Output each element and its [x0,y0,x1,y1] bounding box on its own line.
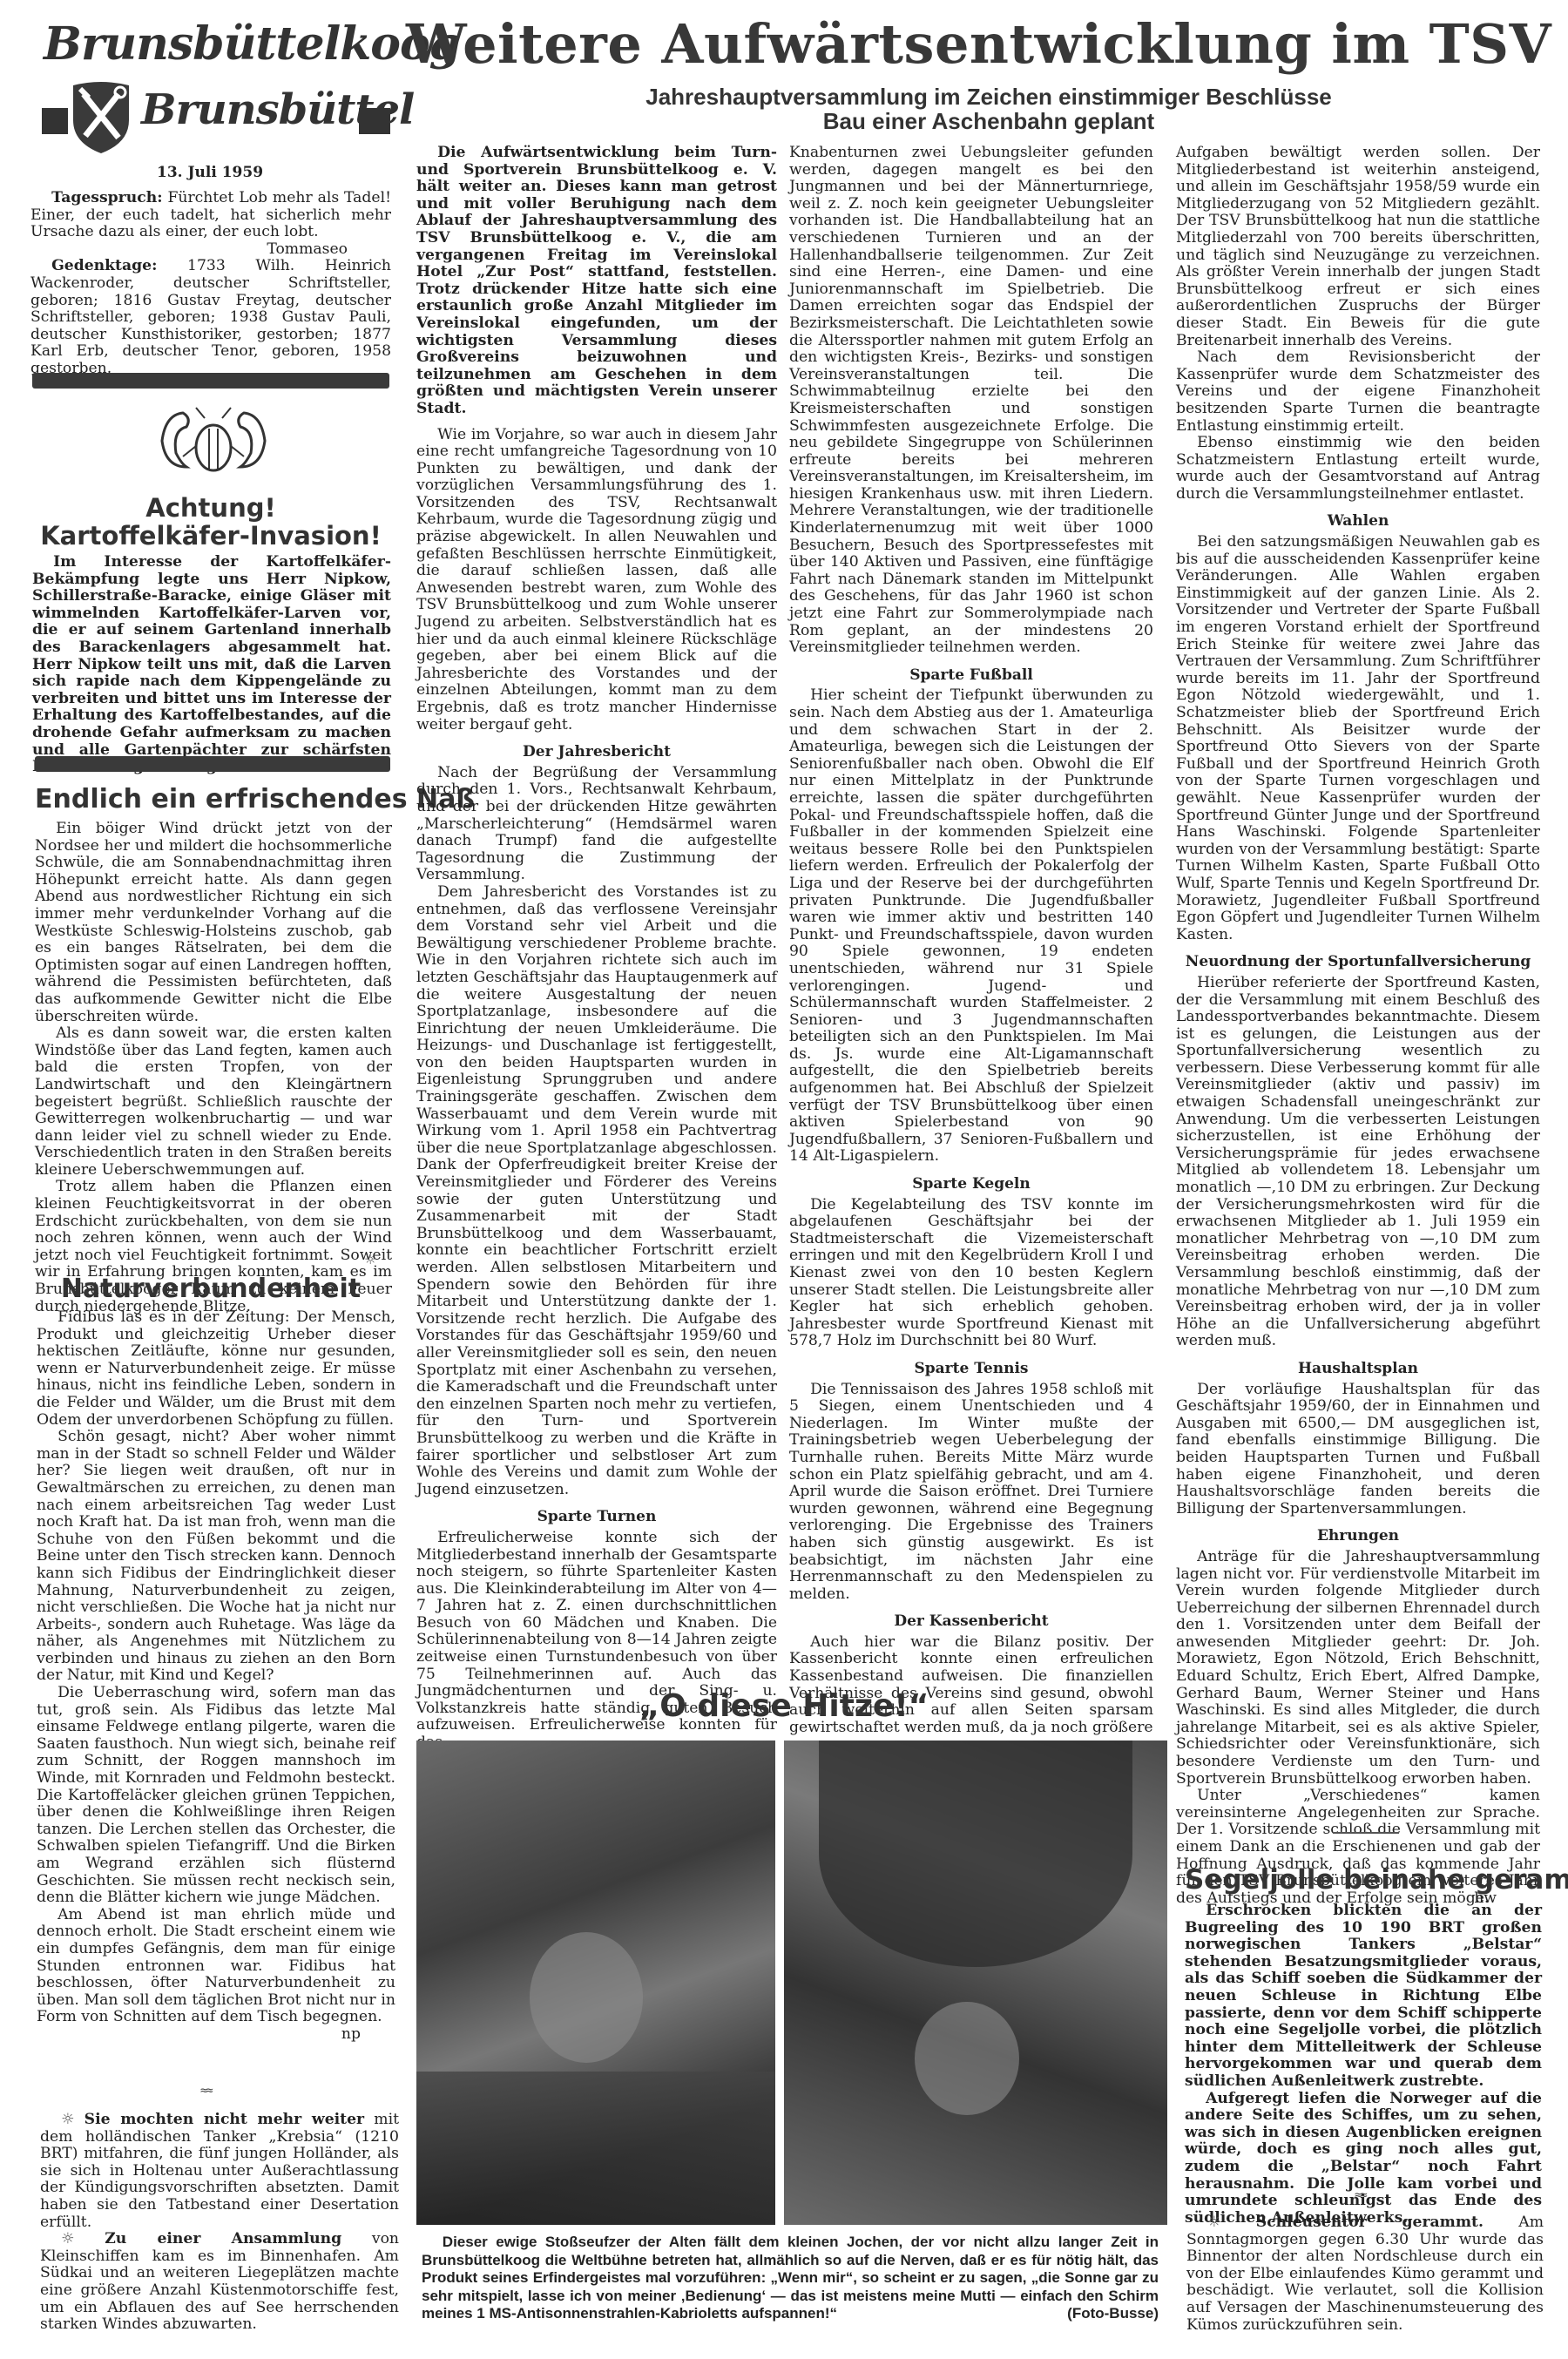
star-icon: ☼ [61,2230,105,2247]
photo-left: photo-child-in-stroller [416,1741,775,2225]
masthead: Brunsbüttelkoog Brunsbüttel [35,17,392,148]
crest-icon [68,80,134,155]
paragraph: Hierüber referierte der Sportfreund Kast… [1176,975,1540,1350]
photo-right: photo-stroller-with-umbrella [784,1741,1167,2225]
section-title: Sparte Kegeln [789,1176,1153,1193]
tagesspruch-author: Tommaseo [30,241,391,259]
nass-headline: Endlich ein erfrischendes Naß [35,784,475,814]
paragraph: Dem Jahresbericht des Vorstandes ist zu … [416,884,777,1498]
paragraph: Die Tennissaison des Jahres 1958 schloß … [789,1382,1153,1604]
section-title: Haushaltsplan [1176,1361,1540,1378]
kaefer-headline2: Kartoffelkäfer-Invasion! [0,521,422,551]
paragraph: Schön gesagt, nicht? Aber woher nimmt ma… [37,1429,395,1685]
section-title: Neuordnung der Sportunfallversicherung [1176,954,1540,971]
paragraph: Nach dem Revisionsbericht der Kassenprüf… [1176,349,1540,435]
signature: np [37,2026,395,2044]
star-icon: ☼ [61,2111,84,2128]
tsv-column-2: Knabenturnen zwei Uebungsleiter gefunden… [789,145,1153,1736]
tsv-intro: Die Aufwärtsentwicklung beim Turn- und S… [416,145,777,418]
paragraph: Aufgeregt liefen die Norweger auf die an… [1185,2091,1542,2227]
divider-bar [32,373,389,389]
news-briefs: ☼ Sie mochten nicht mehr weiter mit dem … [40,2112,399,2334]
paragraph: Am Abend ist man ehrlich müde und dennoc… [37,1907,395,2026]
paragraph: Als es dann soweit war, die ersten kalte… [35,1025,392,1179]
main-headline: Weitere Aufwärtsentwicklung im TSV [406,12,1551,76]
end-star-icon: ☼ [364,1251,376,1267]
kaefer-text: Im Interesse der Kartoffelkäfer-Bekämpfu… [32,554,391,776]
wave-separator: ≈≈ [200,2084,212,2098]
kaefer-headline1: Achtung! [0,493,422,523]
natur-headline: Naturverbundenheit [0,1274,422,1304]
section-title: Der Kassenbericht [789,1613,1153,1631]
gedenktage-text: 1733 Wilh. Heinrich Wackenroder, deutsch… [30,257,391,377]
krebsia-text: mit dem holländischen Tanker „Krebsia“ (… [40,2111,399,2231]
photo-credit: (Foto-Busse) [1046,2305,1159,2323]
paragraph: Ein böiger Wind drückt jetzt von der Nor… [35,821,392,1025]
banner-left [42,108,68,134]
segeljolle-headline: Segeljolle beinahe gerammt [1185,1864,1568,1896]
photo-caption: Dieser ewige Stoßseufzer der Alten fällt… [422,2234,1159,2323]
paragraph: Erschrocken blickten die an der Bugreeli… [1185,1903,1542,2091]
paragraph: Wie im Vorjahre, so war auch in diesem J… [416,427,777,734]
divider-bar-2 [35,756,390,772]
paragraph: Hier scheint der Tiefpunkt überwunden zu… [789,687,1153,1166]
ansammlung-lead: Zu einer Ansammlung [105,2230,341,2247]
tsv-column-3: Aufgaben bewältigt werden sollen. Der Mi… [1176,145,1540,1907]
paragraph: Der vorläufige Haushaltsplan für das Ges… [1176,1382,1540,1518]
paragraph: Aufgaben bewältigt werden sollen. Der Mi… [1176,145,1540,349]
section-title: Ehrungen [1176,1528,1540,1545]
paragraph: Nach der Begrüßung der Versammlung durch… [416,765,777,884]
divider-line [1333,1832,1399,1834]
paragraph: Die Kegelabteilung des TSV konnte im abg… [789,1197,1153,1350]
paragraph: Anträge für die Jahreshauptversammlung l… [1176,1549,1540,1788]
section-title: Sparte Fußball [789,667,1153,685]
krebsia-lead: Sie mochten nicht mehr weiter [84,2111,364,2128]
section-title: Wahlen [1176,513,1540,531]
schleusentor-brief: ☼ Schleusentor gerammt. Am Sonntagmorgen… [1186,2214,1544,2334]
banner-right [359,108,390,134]
natur-article: Fidibus las es in der Zeitung: Der Mensc… [37,1309,395,2044]
end-star-icon: ☼ [362,725,374,741]
beetle-icon [157,406,270,476]
paragraph: Knabenturnen zwei Uebungsleiter gefunden… [789,145,1153,657]
tsv-column-1: Die Aufwärtsentwicklung beim Turn- und S… [416,145,777,1752]
star-icon: ☼ [1207,2214,1256,2231]
masthead-line1: Brunsbüttelkoog [44,17,460,71]
photo-headline: „O diese Hitze!“ [409,1688,1159,1724]
main-subheadline: Jahreshauptversammlung im Zeichen einsti… [409,84,1568,110]
section-title: Der Jahresbericht [416,744,777,761]
issue-date: 13. Juli 1959 [157,164,263,181]
main-subheadline-2: Bau einer Aschenbahn geplant [409,108,1568,134]
paragraph: Die Ueberraschung wird, sofern man das t… [37,1685,395,1907]
section-title: Sparte Tennis [789,1361,1153,1378]
left-column: Tagesspruch: Fürchtet Lob mehr als Tadel… [30,190,391,378]
wave-separator: ≈≈ [1355,2188,1366,2202]
segeljolle-article: Erschrocken blickten die an der Bugreeli… [1185,1903,1542,2227]
kaefer-body: Im Interesse der Kartoffelkäfer-Bekämpfu… [32,554,391,776]
schleusentor-lead: Schleusentor gerammt. [1256,2214,1484,2231]
paragraph: Ebenso einstimmig wie den beiden Schatzm… [1176,435,1540,503]
schleusentor-text: Am Sonntagmorgen gegen 6.30 Uhr wurde da… [1186,2214,1544,2334]
section-title: Sparte Turnen [416,1509,777,1526]
nass-article: Ein böiger Wind drückt jetzt von der Nor… [35,821,392,1315]
paragraph: Bei den satzungsmäßigen Neuwahlen gab es… [1176,534,1540,943]
paragraph: Fidibus las es in der Zeitung: Der Mensc… [37,1309,395,1429]
tagesspruch-label: Tagesspruch: [51,189,162,206]
gedenktage-label: Gedenktage: [51,257,157,274]
